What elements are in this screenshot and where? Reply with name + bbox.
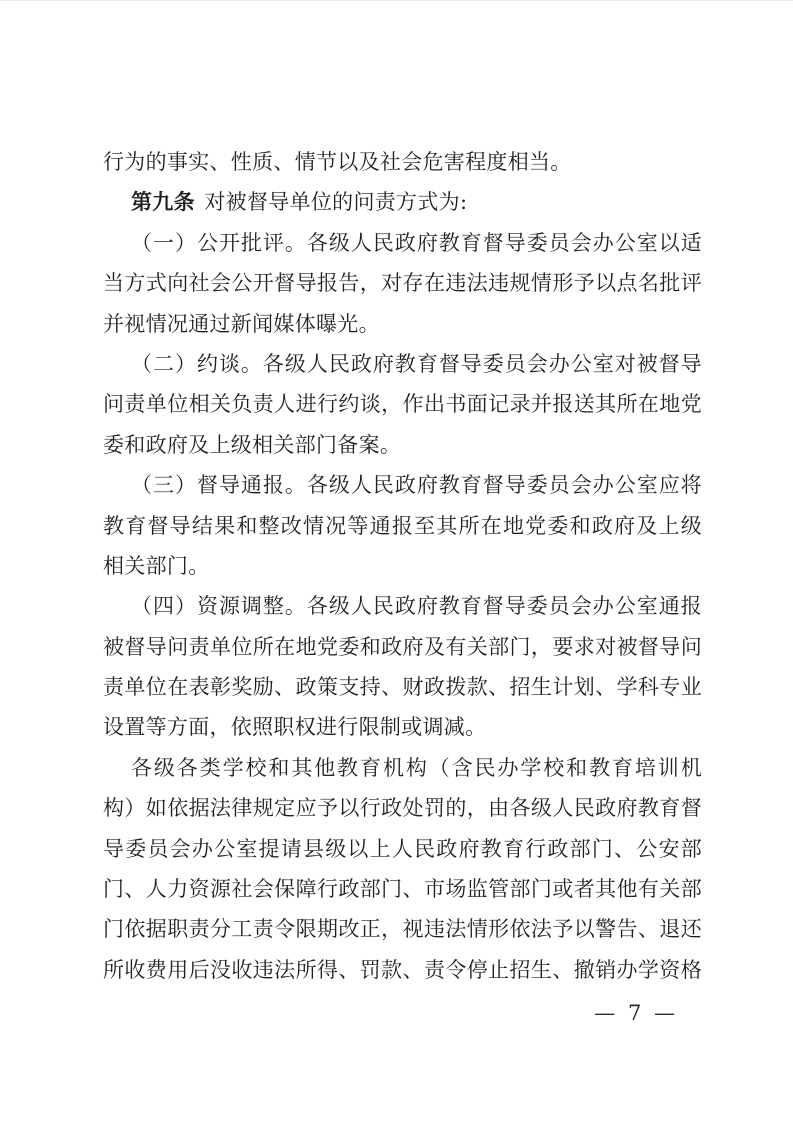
paragraph-article-9-heading: 第九条对被督导单位的问责方式为:: [103, 182, 702, 222]
paragraph-item-3-supervision-notification: （三）督导通报。各级人民政府教育督导委员会办公室应将 教育督导结果和整改情况等通…: [103, 465, 702, 586]
text-line: 被督导问责单位所在地党委和政府及有关部门，要求对被督导问: [103, 627, 702, 667]
text-line: 门、人力资源社会保障行政部门、市场监管部门或者其他有关部: [103, 869, 702, 909]
paragraph-continuation: 行为的事实、性质、情节以及社会危害程度相当。: [103, 142, 702, 182]
document-page: 行为的事实、性质、情节以及社会危害程度相当。 第九条对被督导单位的问责方式为: …: [0, 0, 793, 1123]
paragraph-administrative-penalty: 各级各类学校和其他教育机构（含民办学校和教育培训机 构）如依据法律规定应予以行政…: [103, 748, 702, 990]
text-line: 并视情况通过新闻媒体曝光。: [103, 304, 702, 344]
paragraph-item-4-resource-adjustment: （四）资源调整。各级人民政府教育督导委员会办公室通报 被督导问责单位所在地党委和…: [103, 586, 702, 748]
paragraph-item-2-interview: （二）约谈。各级人民政府教育督导委员会办公室对被督导 问责单位相关负责人进行约谈…: [103, 344, 702, 465]
text-line: 当方式向社会公开督导报告，对存在违法违规情形予以点名批评: [103, 263, 702, 303]
text-line: （三）督导通报。各级人民政府教育督导委员会办公室应将: [103, 465, 702, 505]
article-number: 第九条: [131, 190, 195, 214]
text-line: 责单位在表彰奖励、政策支持、财政拨款、招生计划、学科专业: [103, 667, 702, 707]
page-number: — 7 —: [594, 1001, 678, 1025]
text-line: 各级各类学校和其他教育机构（含民办学校和教育培训机: [103, 748, 702, 788]
article-title: 对被督导单位的问责方式为:: [204, 190, 467, 214]
text-line: 所收费用后没收违法所得、罚款、责令停止招生、撤销办学资格: [103, 950, 702, 990]
text-line: （四）资源调整。各级人民政府教育督导委员会办公室通报: [103, 586, 702, 626]
text-line: 导委员会办公室提请县级以上人民政府教育行政部门、公安部: [103, 829, 702, 869]
text-line: 构）如依据法律规定应予以行政处罚的，由各级人民政府教育督: [103, 788, 702, 828]
document-body: 行为的事实、性质、情节以及社会危害程度相当。 第九条对被督导单位的问责方式为: …: [103, 142, 702, 990]
text-line: （一）公开批评。各级人民政府教育督导委员会办公室以适: [103, 223, 702, 263]
text-line: 委和政府及上级相关部门备案。: [103, 425, 702, 465]
text-line: 门依据职责分工责令限期改正，视违法情形依法予以警告、退还: [103, 909, 702, 949]
text-line: 教育督导结果和整改情况等通报至其所在地党委和政府及上级: [103, 506, 702, 546]
text-line: 问责单位相关负责人进行约谈，作出书面记录并报送其所在地党: [103, 384, 702, 424]
text-line: （二）约谈。各级人民政府教育督导委员会办公室对被督导: [103, 344, 702, 384]
text-line: 第九条对被督导单位的问责方式为:: [103, 182, 702, 222]
text-line: 行为的事实、性质、情节以及社会危害程度相当。: [103, 142, 702, 182]
text-line: 相关部门。: [103, 546, 702, 586]
paragraph-item-1-public-criticism: （一）公开批评。各级人民政府教育督导委员会办公室以适 当方式向社会公开督导报告，…: [103, 223, 702, 344]
text-line: 设置等方面，依照职权进行限制或调减。: [103, 707, 702, 747]
